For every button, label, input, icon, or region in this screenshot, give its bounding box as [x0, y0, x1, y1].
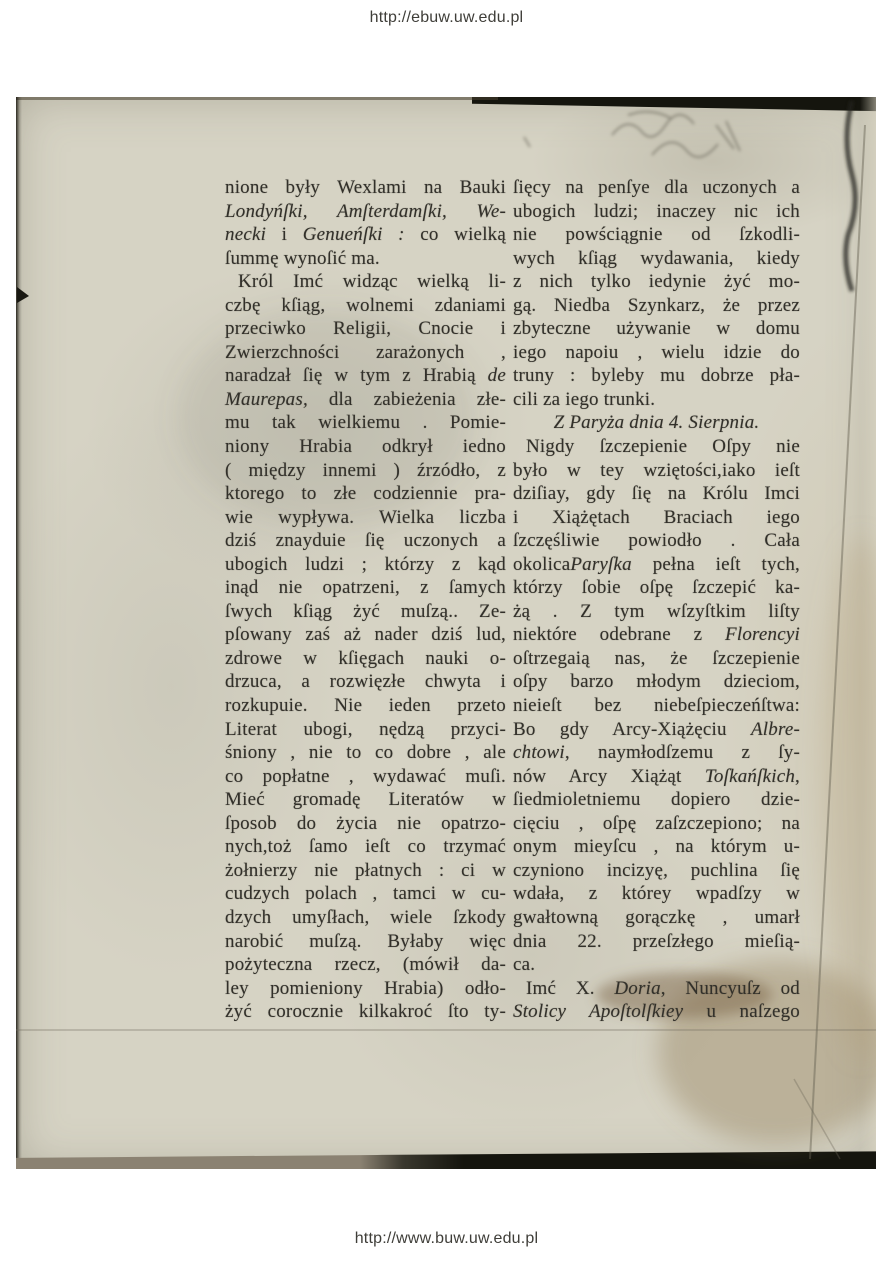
text-segment: cięciu , oſpę zaſzczepiono; na	[513, 813, 800, 834]
text-segment: Florencyi	[725, 624, 800, 645]
text-segment: chtowi	[513, 742, 565, 763]
text-line: ley pomieniony Hrabia) odło-	[225, 977, 506, 1001]
right-text-column: ſięcy na penſye dla uczonych aubogich lu…	[513, 176, 800, 1024]
text-line: narobić muſzą. Byłaby więc	[225, 930, 506, 954]
text-segment: czyniono incizyę, puchlina ſię	[513, 860, 800, 881]
text-segment: Zwierzchności zarażonych ,	[225, 342, 506, 363]
text-line: czbę kſiąg, wolnemi zdaniami	[225, 294, 506, 318]
text-line: iego napoiu , wielu idzie do	[513, 341, 800, 365]
page-edge-top-left	[16, 97, 498, 100]
text-segment: Z Paryża dnia 4. Sierpnia.	[554, 412, 760, 433]
text-line: Bo gdy Arcy-Xiążęciu Albre-	[513, 718, 800, 742]
text-segment: necki	[225, 224, 266, 245]
text-segment: wdała, z którey wpadſzy w	[513, 883, 800, 904]
text-line: nione były Wexlami na Bauki	[225, 176, 506, 200]
text-segment: Mieć gromadę Literatów w	[225, 789, 506, 810]
text-line: dziś znayduie ſię uczonych a	[225, 529, 506, 553]
text-segment: pſowany zaś aż nader dziś lud,	[225, 624, 506, 645]
text-segment: z nich tylko iedynie żyć mo-	[513, 271, 800, 292]
text-segment: ſposob do życia nie opatrzo-	[225, 813, 506, 834]
page-edge-bottom	[16, 1151, 876, 1169]
text-line: nów Arcy Xiążąt Toſkańſkich,	[513, 765, 800, 789]
text-segment: Król Imć widząc wielką li-	[238, 271, 506, 292]
text-segment: gą. Niedba Szynkarz, że przez	[513, 295, 800, 316]
text-line: pſowany zaś aż nader dziś lud,	[225, 623, 506, 647]
text-segment: pożyteczna rzecz, (mówił da-	[225, 954, 506, 975]
text-segment: ſwych kſiąg żyć muſzą.. Ze-	[225, 601, 506, 622]
text-line: nie powściągnie od ſzkodli-	[513, 223, 800, 247]
text-line: dnia 22. przeſzłego mieſią-	[513, 930, 800, 954]
text-line: wie wypływa. Wielka liczba	[225, 506, 506, 530]
text-segment: rozkupuie. Nie ieden przeto	[225, 695, 506, 716]
text-line: gwałtowną gorączkę , umarł	[513, 906, 800, 930]
text-line: żą . Z tym wſzyſtkim liſty	[513, 600, 800, 624]
text-segment: dziś znayduie ſię uczonych a	[225, 530, 506, 551]
text-segment: ſiedmioletniemu dopiero dzie-	[513, 789, 800, 810]
text-line: pożyteczna rzecz, (mówił da-	[225, 953, 506, 977]
text-line: necki i Genueńſki : co wielką	[225, 223, 506, 247]
text-line: ca.	[513, 953, 800, 977]
text-segment: ſzczęśliwie powiodło . Cała	[513, 530, 800, 551]
text-segment: Stolicy Apoſtolſkiey	[513, 1001, 683, 1022]
text-segment: oſpy barzo młodym dzieciom,	[513, 671, 800, 692]
text-line: cięciu , oſpę zaſzczepiono; na	[513, 812, 800, 836]
text-line: Zwierzchności zarażonych ,	[225, 341, 506, 365]
text-segment: nie powściągnie od ſzkodli-	[513, 224, 800, 245]
text-line: wdała, z którey wpadſzy w	[513, 882, 800, 906]
text-segment: żą . Z tym wſzyſtkim liſty	[513, 601, 800, 622]
text-line: niektóre odebrane z Florencyi	[513, 623, 800, 647]
text-line: mu tak wielkiemu . Pomie-	[225, 411, 506, 435]
text-segment: przeciwko Religii, Cnocie i	[225, 318, 506, 339]
text-line: naradzał ſię w tym z Hrabią de	[225, 364, 506, 388]
text-segment: niony Hrabia odkrył iedno	[225, 436, 506, 457]
text-segment: iego napoiu , wielu idzie do	[513, 342, 800, 363]
text-segment: nów Arcy Xiążąt	[513, 766, 705, 787]
text-segment: okolica	[513, 554, 570, 575]
page-edge-top-right	[472, 97, 876, 113]
text-segment: dzych umyſłach, wiele ſzkody	[225, 907, 506, 928]
text-segment: naradzał ſię w tym z Hrabią	[225, 365, 488, 386]
text-line: okolicaParyſka pełna ieſt tych,	[513, 553, 800, 577]
text-line: Maurepas, dla zabieżenia złe-	[225, 388, 506, 412]
text-segment: i Xiążętach Braciach iego	[513, 507, 800, 528]
text-line: nieieſt bez niebeſpieczeńſtwa:	[513, 694, 800, 718]
text-line: gą. Niedba Szynkarz, że przez	[513, 294, 800, 318]
text-line: ( między innemi ) źrzódło, z	[225, 459, 506, 483]
text-segment: ,	[795, 766, 800, 787]
text-line: ſwych kſiąg żyć muſzą.. Ze-	[225, 600, 506, 624]
text-segment: cudzych polach , tamci w cu-	[225, 883, 506, 904]
text-segment: Albre-	[751, 719, 800, 740]
text-segment: ubogich ludzi; inaczey nic ich	[513, 201, 800, 222]
text-line: oſpy barzo młodym dzieciom,	[513, 670, 800, 694]
bottom-url: http://www.buw.uw.edu.pl	[0, 1230, 893, 1248]
text-segment: dziſiay, gdy ſię na Królu Imci	[513, 483, 800, 504]
text-line: ſiedmioletniemu dopiero dzie-	[513, 788, 800, 812]
text-segment: ſummę wynoſić ma.	[225, 248, 380, 269]
text-line: śniony , nie to co dobre , ale	[225, 741, 506, 765]
text-segment: zdrowe w kſięgach nauki o-	[225, 648, 506, 669]
text-segment: nieieſt bez niebeſpieczeńſtwa:	[513, 695, 800, 716]
text-line: niony Hrabia odkrył iedno	[225, 435, 506, 459]
crease-diagonal	[810, 125, 865, 1159]
text-line: żołnierzy nie płatnych : ci w	[225, 859, 506, 883]
stain-right-edge	[821, 537, 876, 1057]
text-segment: ( między innemi ) źrzódło, z	[225, 460, 506, 481]
text-segment: dnia 22. przeſzłego mieſią-	[513, 931, 800, 952]
text-line: którzy ſobie oſpę ſzczepić ka-	[513, 576, 800, 600]
text-line: truny : byleby mu dobrze pła-	[513, 364, 800, 388]
text-segment: niektóre odebrane z	[513, 624, 725, 645]
text-line: nych,toż ſamo ieſt co trzymać	[225, 835, 506, 859]
text-line: dziſiay, gdy ſię na Królu Imci	[513, 482, 800, 506]
text-segment: Literat ubogi, nędzą przyci-	[225, 719, 506, 740]
text-line: onym mieyſcu , na którym u-	[513, 835, 800, 859]
text-line: drzuca, a rozwięzłe chwyta i	[225, 670, 506, 694]
text-line: rozkupuie. Nie ieden przeto	[225, 694, 506, 718]
text-segment: u naſzego	[683, 1001, 800, 1022]
crease-bottom-right	[794, 1079, 840, 1159]
text-line: Londyńſki, Amſterdamſki, We-	[225, 200, 506, 224]
text-line: cudzych polach , tamci w cu-	[225, 882, 506, 906]
text-segment: oſtrzegaią nas, że ſzczepienie	[513, 648, 800, 669]
text-line: cili za iego trunki.	[513, 388, 800, 412]
text-line: chtowi, naymłodſzemu z ſy-	[513, 741, 800, 765]
text-line: przeciwko Religii, Cnocie i	[225, 317, 506, 341]
text-segment: drzuca, a rozwięzłe chwyta i	[225, 671, 506, 692]
text-line: zbyteczne używanie w domu	[513, 317, 800, 341]
text-segment: zbyteczne używanie w domu	[513, 318, 800, 339]
text-segment: inąd nie opatrzeni, z ſamych	[225, 577, 506, 598]
text-line: Literat ubogi, nędzą przyci-	[225, 718, 506, 742]
text-segment: było w tey wziętości,iako ieſt	[513, 460, 800, 481]
text-segment: ſięcy na penſye dla uczonych a	[513, 177, 800, 198]
text-segment: żyć corocznie kilkakroć ſto ty-	[225, 1001, 506, 1022]
text-segment: wie wypływa. Wielka liczba	[225, 507, 506, 528]
text-line: ſposob do życia nie opatrzo-	[225, 812, 506, 836]
text-line: z nich tylko iedynie żyć mo-	[513, 270, 800, 294]
text-line: ſięcy na penſye dla uczonych a	[513, 176, 800, 200]
text-segment: truny : byleby mu dobrze pła-	[513, 365, 800, 386]
text-line: Imć X. Doria, Nuncyuſz od	[513, 977, 800, 1001]
text-line: Nigdy ſzczepienie Oſpy nie	[513, 435, 800, 459]
text-segment: de	[488, 365, 506, 386]
text-segment: , naymłodſzemu z ſy-	[565, 742, 800, 763]
text-line: Król Imć widząc wielką li-	[225, 270, 506, 294]
top-url: http://ebuw.uw.edu.pl	[0, 9, 893, 27]
text-segment: Doria	[614, 978, 660, 999]
text-line: wych kſiąg wydawania, kiedy	[513, 247, 800, 271]
text-line: było w tey wziętości,iako ieſt	[513, 459, 800, 483]
text-segment: pełna ieſt tych,	[632, 554, 800, 575]
text-segment: gwałtowną gorączkę , umarł	[513, 907, 800, 928]
text-segment: Maurepas,	[225, 389, 308, 410]
left-edge-nub	[17, 287, 29, 303]
text-segment: i	[266, 224, 303, 245]
text-segment: co popłatne , wydawać muſi.	[225, 766, 506, 787]
text-segment: nione były Wexlami na Bauki	[225, 177, 506, 198]
text-segment: ubogich ludzi ; którzy z kąd	[225, 554, 506, 575]
right-edge-ink-squiggle	[846, 101, 855, 291]
page-edge-left	[16, 97, 22, 1169]
text-line: ſummę wynoſić ma.	[225, 247, 506, 271]
text-segment: Londyńſki, Amſterdamſki, We-	[225, 201, 506, 222]
viewer-page: { "header": { "url": "http://ebuw.uw.edu…	[0, 0, 893, 1264]
text-segment: Paryſka	[570, 554, 632, 575]
text-line: i Xiążętach Braciach iego	[513, 506, 800, 530]
text-segment: Genueńſki :	[303, 224, 405, 245]
text-segment: czbę kſiąg, wolnemi zdaniami	[225, 295, 506, 316]
text-line: dzych umyſłach, wiele ſzkody	[225, 906, 506, 930]
text-line: oſtrzegaią nas, że ſzczepienie	[513, 647, 800, 671]
text-segment: Imć X.	[526, 978, 614, 999]
text-line: inąd nie opatrzeni, z ſamych	[225, 576, 506, 600]
text-line: Mieć gromadę Literatów w	[225, 788, 506, 812]
text-segment: którzy ſobie oſpę ſzczepić ka-	[513, 577, 800, 598]
text-line: ktorego to złe codziennie pra-	[225, 482, 506, 506]
text-line: czyniono incizyę, puchlina ſię	[513, 859, 800, 883]
scanned-document-page: nione były Wexlami na BaukiLondyńſki, Am…	[16, 97, 876, 1169]
text-segment: Bo gdy Arcy-Xiążęciu	[513, 719, 751, 740]
text-line: żyć corocznie kilkakroć ſto ty-	[225, 1000, 506, 1024]
text-segment: ca.	[513, 954, 535, 975]
text-segment: żołnierzy nie płatnych : ci w	[225, 860, 506, 881]
text-segment: śniony , nie to co dobre , ale	[225, 742, 506, 763]
text-line: co popłatne , wydawać muſi.	[225, 765, 506, 789]
text-segment: Nigdy ſzczepienie Oſpy nie	[526, 436, 800, 457]
text-segment: co wielką	[405, 224, 506, 245]
text-line: Z Paryża dnia 4. Sierpnia.	[513, 411, 800, 435]
text-segment: nych,toż ſamo ieſt co trzymać	[225, 836, 506, 857]
text-segment: mu tak wielkiemu . Pomie-	[225, 412, 506, 433]
pencil-scribbles	[524, 112, 740, 157]
text-segment: Toſkańſkich	[705, 766, 795, 787]
text-line: Stolicy Apoſtolſkiey u naſzego	[513, 1000, 800, 1024]
text-segment: ktorego to złe codziennie pra-	[225, 483, 506, 504]
text-line: ubogich ludzi; inaczey nic ich	[513, 200, 800, 224]
text-line: ubogich ludzi ; którzy z kąd	[225, 553, 506, 577]
text-segment: cili za iego trunki.	[513, 389, 655, 410]
text-segment: narobić muſzą. Byłaby więc	[225, 931, 506, 952]
page-edge-right	[860, 97, 876, 1169]
text-segment: onym mieyſcu , na którym u-	[513, 836, 800, 857]
left-text-column: nione były Wexlami na BaukiLondyńſki, Am…	[225, 176, 506, 1024]
text-segment: dla zabieżenia złe-	[308, 389, 506, 410]
text-line: ſzczęśliwie powiodło . Cała	[513, 529, 800, 553]
text-segment: , Nuncyuſz od	[661, 978, 800, 999]
text-segment: ley pomieniony Hrabia) odło-	[225, 978, 506, 999]
text-line: zdrowe w kſięgach nauki o-	[225, 647, 506, 671]
text-segment: wych kſiąg wydawania, kiedy	[513, 248, 800, 269]
